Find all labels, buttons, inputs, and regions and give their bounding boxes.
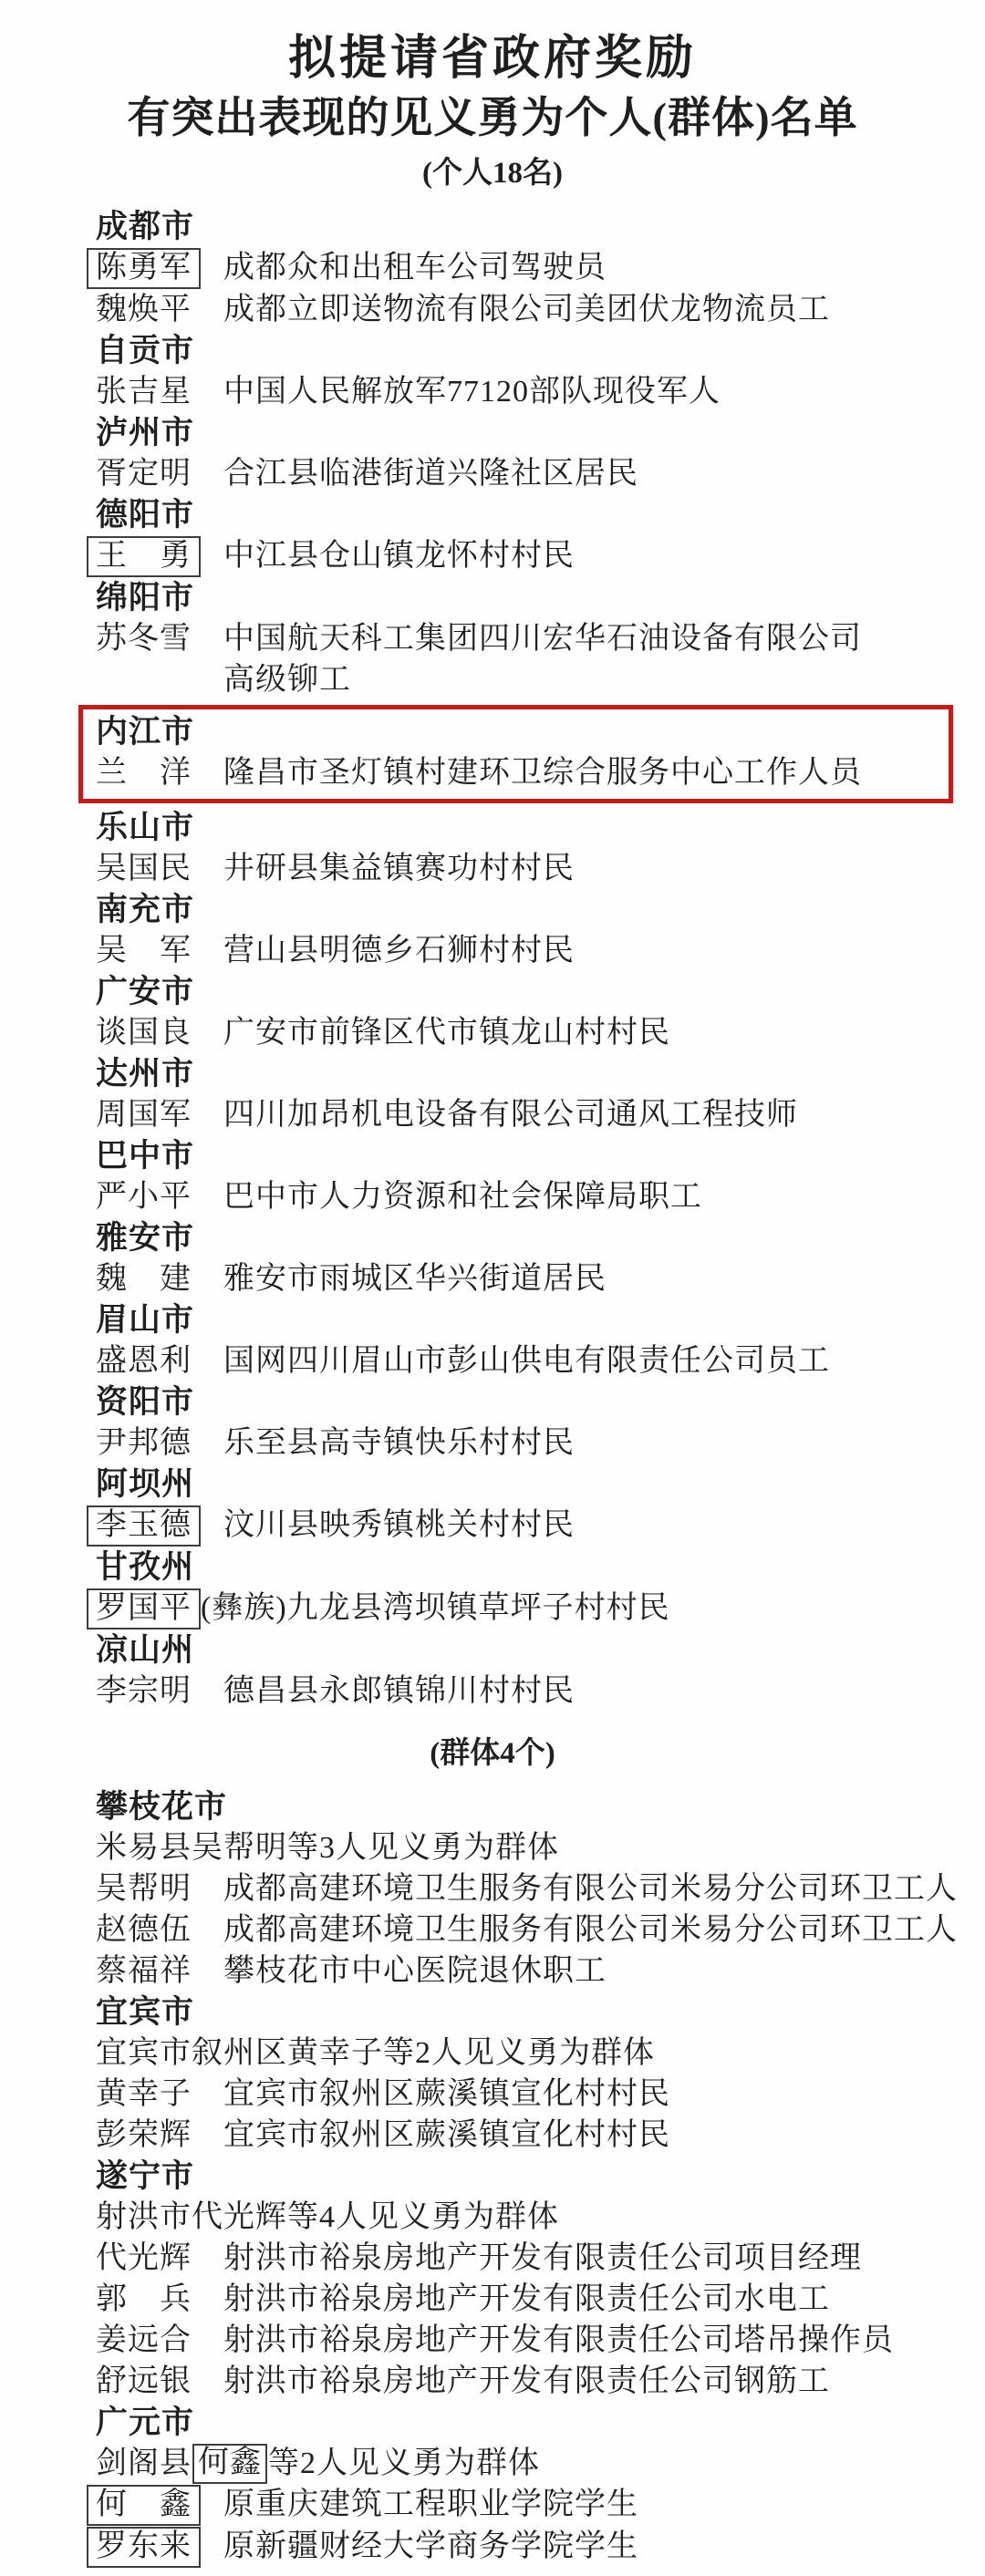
person-desc: 射洪市裕泉房地产开发有限责任公司水电工 bbox=[223, 2279, 953, 2320]
person-name-box: 陈勇军 bbox=[87, 248, 201, 289]
group-title: 剑阁县何鑫等2人见义勇为群体 bbox=[96, 2443, 953, 2484]
person-desc: 中江县仓山镇龙怀村村民 bbox=[223, 535, 953, 576]
person-desc: 汶川县映秀镇桃关村村民 bbox=[223, 1505, 953, 1546]
page-title-line2: 有突出表现的见义勇为个人(群体)名单 bbox=[0, 89, 985, 148]
title-block: 拟提请省政府奖励 有突出表现的见义勇为个人(群体)名单 (个人18名) bbox=[0, 29, 985, 193]
group-list: 攀枝花市米易县吴帮明等3人见义勇为群体吴帮明成都高建环境卫生服务有限公司米易分公… bbox=[96, 1786, 953, 2568]
person-row: 赵德伍成都高建环境卫生服务有限公司米易分公司环卫工人 bbox=[96, 1909, 953, 1950]
person-desc: 合江县临港街道兴隆社区居民 bbox=[223, 453, 953, 494]
person-name: 罗东来 bbox=[96, 2526, 223, 2568]
person-name: 蔡福祥 bbox=[96, 1950, 223, 1991]
group-count-subtitle: (群体4个) bbox=[0, 1733, 985, 1774]
person-row: 彭荣辉宜宾市叙州区蕨溪镇宣化村村民 bbox=[96, 2115, 953, 2156]
individual-count-subtitle: (个人18名) bbox=[0, 153, 985, 193]
person-row: 张吉星中国人民解放军77120部队现役军人 bbox=[96, 371, 953, 412]
person-row: 魏 建雅安市雨城区华兴街道居民 bbox=[96, 1258, 953, 1299]
person-row: 谈国良广安市前锋区代市镇龙山村村民 bbox=[96, 1012, 953, 1053]
person-desc: 射洪市裕泉房地产开发有限责任公司钢筋工 bbox=[223, 2361, 953, 2402]
person-name: 舒远银 bbox=[96, 2361, 223, 2402]
person-desc: 宜宾市叙州区蕨溪镇宣化村村民 bbox=[223, 2115, 953, 2156]
person-name: 魏 建 bbox=[96, 1258, 223, 1299]
person-desc: 中国航天科工集团四川宏华石油设备有限公司高级铆工 bbox=[223, 618, 953, 700]
person-row: 周国军四川加昂机电设备有限公司通风工程技师 bbox=[96, 1094, 953, 1135]
person-row: 陈勇军成都众和出租车公司驾驶员 bbox=[96, 247, 953, 289]
person-name: 姜远合 bbox=[96, 2320, 223, 2361]
person-name: 陈勇军 bbox=[96, 247, 223, 289]
city-header: 凉山州 bbox=[96, 1629, 953, 1671]
person-desc: 井研县集益镇赛功村村民 bbox=[223, 848, 953, 889]
person-desc: 广安市前锋区代市镇龙山村村民 bbox=[223, 1012, 953, 1053]
person-name: 魏焕平 bbox=[96, 289, 223, 330]
person-name: 代光辉 bbox=[96, 2238, 223, 2279]
city-header: 南充市 bbox=[96, 889, 953, 930]
person-desc: 射洪市裕泉房地产开发有限责任公司项目经理 bbox=[223, 2238, 953, 2279]
individual-list: 成都市陈勇军成都众和出租车公司驾驶员魏焕平成都立即送物流有限公司美团伏龙物流员工… bbox=[96, 206, 953, 1712]
person-name: 郭 兵 bbox=[96, 2279, 223, 2320]
person-row: 代光辉射洪市裕泉房地产开发有限责任公司项目经理 bbox=[96, 2238, 953, 2279]
city-header: 宜宾市 bbox=[96, 1991, 953, 2033]
city-header: 广安市 bbox=[96, 971, 953, 1012]
person-row: 舒远银射洪市裕泉房地产开发有限责任公司钢筋工 bbox=[96, 2361, 953, 2402]
person-row: 魏焕平成都立即送物流有限公司美团伏龙物流员工 bbox=[96, 289, 953, 330]
person-name-box: 何 鑫 bbox=[87, 2485, 201, 2526]
city-header: 自贡市 bbox=[96, 330, 953, 371]
person-row: 姜远合射洪市裕泉房地产开发有限责任公司塔吊操作员 bbox=[96, 2320, 953, 2361]
city-header: 广元市 bbox=[96, 2402, 953, 2443]
person-row: 李玉德汶川县映秀镇桃关村村民 bbox=[96, 1505, 953, 1547]
person-desc: 宜宾市叙州区蕨溪镇宣化村村民 bbox=[223, 2074, 953, 2115]
group-title: 米易县吴帮明等3人见义勇为群体 bbox=[96, 1827, 953, 1868]
person-name: 王 勇 bbox=[96, 535, 223, 577]
person-row: 何 鑫原重庆建筑工程职业学院学生 bbox=[96, 2484, 953, 2526]
person-desc: 成都立即送物流有限公司美团伏龙物流员工 bbox=[223, 289, 953, 330]
city-header: 乐山市 bbox=[96, 807, 953, 848]
city-header: 遂宁市 bbox=[96, 2156, 953, 2197]
person-desc: 中国人民解放军77120部队现役军人 bbox=[223, 371, 953, 412]
person-desc: 九龙县湾坝镇草坪子村村民 bbox=[287, 1588, 953, 1629]
person-name-box: 李玉德 bbox=[87, 1505, 201, 1547]
person-desc: 原新疆财经大学商务学院学生 bbox=[223, 2526, 953, 2567]
person-row: 郭 兵射洪市裕泉房地产开发有限责任公司水电工 bbox=[96, 2279, 953, 2320]
person-row: 罗东来原新疆财经大学商务学院学生 bbox=[96, 2526, 953, 2568]
person-desc: 原重庆建筑工程职业学院学生 bbox=[223, 2484, 953, 2525]
person-name: 兰 洋 bbox=[96, 752, 223, 793]
person-desc-line: 高级铆工 bbox=[223, 659, 953, 700]
person-name: 吴帮明 bbox=[96, 1868, 223, 1909]
person-name: 罗国平(彝族) bbox=[96, 1588, 287, 1629]
page-title-line1: 拟提请省政府奖励 bbox=[0, 29, 985, 89]
person-name: 苏冬雪 bbox=[96, 618, 223, 659]
person-row: 吴国民井研县集益镇赛功村村民 bbox=[96, 848, 953, 889]
person-row: 苏冬雪中国航天科工集团四川宏华石油设备有限公司高级铆工 bbox=[96, 618, 953, 700]
person-name: 何 鑫 bbox=[96, 2484, 223, 2526]
person-row: 兰 洋隆昌市圣灯镇村建环卫综合服务中心工作人员 bbox=[96, 752, 945, 793]
person-desc: 隆昌市圣灯镇村建环卫综合服务中心工作人员 bbox=[223, 752, 945, 793]
city-header: 泸州市 bbox=[96, 412, 953, 453]
person-desc: 国网四川眉山市彭山供电有限责任公司员工 bbox=[223, 1340, 953, 1381]
person-desc: 雅安市雨城区华兴街道居民 bbox=[223, 1258, 953, 1299]
person-name-suffix: (彝族) bbox=[201, 1591, 287, 1625]
person-name: 严小平 bbox=[96, 1176, 223, 1217]
person-name: 吴 军 bbox=[96, 930, 223, 971]
person-name: 赵德伍 bbox=[96, 1909, 223, 1950]
person-name: 盛恩利 bbox=[96, 1340, 223, 1381]
person-name: 张吉星 bbox=[96, 371, 223, 412]
person-desc: 营山县明德乡石狮村村民 bbox=[223, 930, 953, 971]
person-desc: 射洪市裕泉房地产开发有限责任公司塔吊操作员 bbox=[223, 2320, 953, 2361]
person-row: 盛恩利国网四川眉山市彭山供电有限责任公司员工 bbox=[96, 1340, 953, 1381]
city-header: 达州市 bbox=[96, 1053, 953, 1094]
person-desc: 成都高建环境卫生服务有限公司米易分公司环卫工人 bbox=[223, 1868, 958, 1909]
city-header: 攀枝花市 bbox=[96, 1786, 953, 1827]
city-header: 德阳市 bbox=[96, 494, 953, 535]
city-header: 雅安市 bbox=[96, 1217, 953, 1258]
person-row: 王 勇中江县仓山镇龙怀村村民 bbox=[96, 535, 953, 577]
person-name: 彭荣辉 bbox=[96, 2115, 223, 2156]
city-header: 阿坝州 bbox=[96, 1464, 953, 1505]
person-row: 严小平巴中市人力资源和社会保障局职工 bbox=[96, 1176, 953, 1217]
person-name: 吴国民 bbox=[96, 848, 223, 889]
group-title: 宜宾市叙州区黄幸子等2人见义勇为群体 bbox=[96, 2033, 953, 2074]
person-name: 尹邦德 bbox=[96, 1422, 223, 1464]
person-desc: 成都高建环境卫生服务有限公司米易分公司环卫工人 bbox=[223, 1909, 958, 1950]
city-header: 内江市 bbox=[96, 711, 945, 752]
person-name: 李宗明 bbox=[96, 1671, 223, 1712]
person-desc: 巴中市人力资源和社会保障局职工 bbox=[223, 1176, 953, 1217]
city-header: 资阳市 bbox=[96, 1381, 953, 1422]
person-desc-line: 中国航天科工集团四川宏华石油设备有限公司 bbox=[223, 618, 953, 659]
person-desc: 四川加昂机电设备有限公司通风工程技师 bbox=[223, 1094, 953, 1135]
person-row: 黄幸子宜宾市叙州区蕨溪镇宣化村村民 bbox=[96, 2074, 953, 2115]
person-desc: 成都众和出租车公司驾驶员 bbox=[223, 247, 953, 288]
person-row: 蔡福祥攀枝花市中心医院退休职工 bbox=[96, 1950, 953, 1991]
document-page: 拟提请省政府奖励 有突出表现的见义勇为个人(群体)名单 (个人18名) 成都市陈… bbox=[0, 0, 985, 2576]
person-name-box: 王 勇 bbox=[87, 536, 201, 577]
person-name: 黄幸子 bbox=[96, 2074, 223, 2115]
person-name-box: 罗东来 bbox=[87, 2527, 201, 2568]
person-row: 罗国平(彝族)九龙县湾坝镇草坪子村村民 bbox=[96, 1588, 953, 1629]
city-header: 绵阳市 bbox=[96, 577, 953, 618]
person-row: 胥定明合江县临港街道兴隆社区居民 bbox=[96, 453, 953, 494]
person-name: 李玉德 bbox=[96, 1505, 223, 1547]
group-title-name-box: 何鑫 bbox=[192, 2444, 267, 2484]
person-name: 谈国良 bbox=[96, 1012, 223, 1053]
person-row: 尹邦德乐至县高寺镇快乐村村民 bbox=[96, 1422, 953, 1464]
highlight-box: 内江市兰 洋隆昌市圣灯镇村建环卫综合服务中心工作人员 bbox=[78, 705, 953, 803]
city-header: 成都市 bbox=[96, 206, 953, 247]
person-desc: 攀枝花市中心医院退休职工 bbox=[223, 1950, 953, 1991]
person-row: 吴 军营山县明德乡石狮村村民 bbox=[96, 930, 953, 971]
person-desc: 乐至县高寺镇快乐村村民 bbox=[223, 1422, 953, 1464]
group-title: 射洪市代光辉等4人见义勇为群体 bbox=[96, 2197, 953, 2238]
person-name-box: 罗国平 bbox=[87, 1588, 201, 1629]
city-header: 巴中市 bbox=[96, 1135, 953, 1176]
city-header: 眉山市 bbox=[96, 1299, 953, 1340]
person-row: 李宗明德昌县永郎镇锦川村村民 bbox=[96, 1671, 953, 1712]
person-name: 胥定明 bbox=[96, 453, 223, 494]
person-name: 周国军 bbox=[96, 1094, 223, 1135]
person-desc: 德昌县永郎镇锦川村村民 bbox=[223, 1671, 953, 1712]
city-header: 甘孜州 bbox=[96, 1547, 953, 1588]
person-row: 吴帮明成都高建环境卫生服务有限公司米易分公司环卫工人 bbox=[96, 1868, 953, 1909]
